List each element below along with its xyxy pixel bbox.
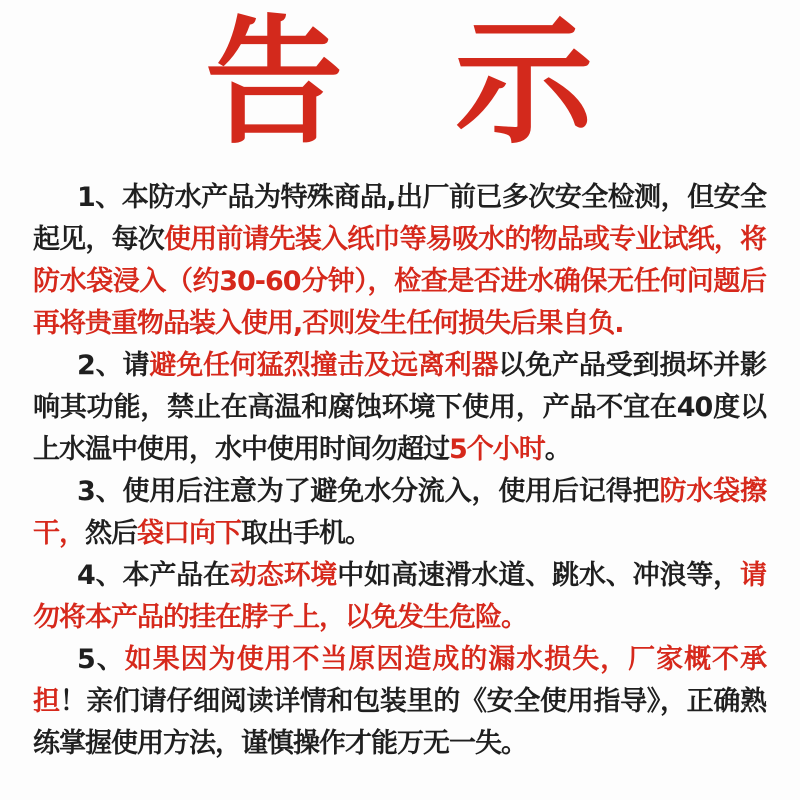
text-segment-black: ！亲们请仔细阅读详情和包装里的《安全使用指导》，正确熟练掌握使用方法，谨慎操作才… [33, 686, 766, 759]
notice-title: 告 示 [0, 8, 800, 157]
text-segment-black: 。 [545, 434, 571, 465]
notice-paragraph: 3、使用后注意为了避免水分流入，使用后记得把防水袋擦干，然后袋口向下取出手机。 [33, 471, 766, 555]
text-segment-black: 3、使用后注意为了避免水分流入，使用后记得把 [77, 476, 659, 507]
text-segment-black: 取出手机。 [241, 518, 371, 549]
text-segment-black: 5、 [77, 644, 125, 675]
notice-paragraph: 1、本防水产品为特殊商品,出厂前已多次安全检测，但安全起见，每次使用前请先装入纸… [33, 177, 766, 345]
notice-paragraph: 4、本产品在动态环境中如高速滑水道、跳水、冲浪等，请勿将本产品的挂在脖子上，以免… [33, 555, 766, 639]
text-segment-red: 动态环境 [230, 560, 337, 591]
text-segment-red: 袋口向下 [137, 518, 241, 549]
text-segment-black: 2、请 [77, 350, 149, 381]
notice-body: 1、本防水产品为特殊商品,出厂前已多次安全检测，但安全起见，每次使用前请先装入纸… [0, 171, 800, 765]
notice-page: 告 示 1、本防水产品为特殊商品,出厂前已多次安全检测，但安全起见，每次使用前请… [0, 0, 800, 800]
notice-paragraph: 5、如果因为使用不当原因造成的漏水损失，厂家概不承担！亲们请仔细阅读详情和包装里… [33, 639, 766, 765]
text-segment-black: 4、本产品在 [77, 560, 230, 591]
text-segment-red: 5个小时 [449, 434, 545, 465]
text-segment-black: 然后 [85, 518, 137, 549]
text-segment-black: 中如高速滑水道、跳水、冲浪等， [337, 560, 740, 591]
notice-paragraph: 2、请避免任何猛烈撞击及远离利器以免产品受到损坏并影响其功能，禁止在高温和腐蚀环… [33, 345, 766, 471]
text-segment-red: 避免任何猛烈撞击及远离利器 [149, 350, 498, 381]
